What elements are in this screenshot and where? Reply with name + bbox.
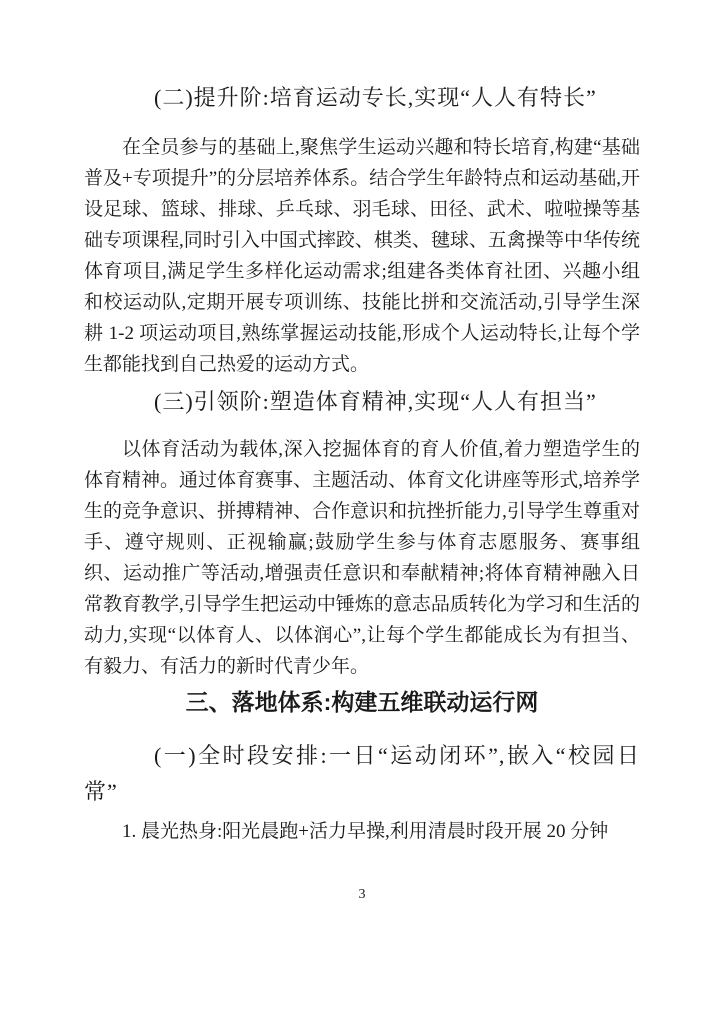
section-heading-3-tier: (三)引领阶:塑造体育精神,实现“人人有担当”: [84, 384, 640, 420]
section-heading-2-tier: (二)提升阶:培育运动专长,实现“人人有特长”: [84, 80, 640, 116]
document-page: (二)提升阶:培育运动专长,实现“人人有特长” 在全员参与的基础上,聚焦学生运动…: [0, 0, 724, 1024]
page-number: 3: [84, 885, 640, 905]
numbered-item-morning-warmup: 1. 晨光热身:阳光晨跑+活力早操,利用清晨时段开展 20 分钟: [84, 816, 640, 847]
section-3-paragraph: 以体育活动为载体,深入挖掘体育的育人价值,着力塑造学生的体育精神。通过体育赛事、…: [84, 434, 640, 682]
chapter-3-heading: 三、落地体系:构建五维联动运行网: [84, 682, 640, 722]
section-heading-1-schedule: (一)全时段安排:一日“运动闭环”,嵌入“校园日常”: [84, 738, 640, 810]
section-2-paragraph: 在全员参与的基础上,聚焦学生运动兴趣和特长培育,构建“基础普及+专项提升”的分层…: [84, 132, 640, 380]
